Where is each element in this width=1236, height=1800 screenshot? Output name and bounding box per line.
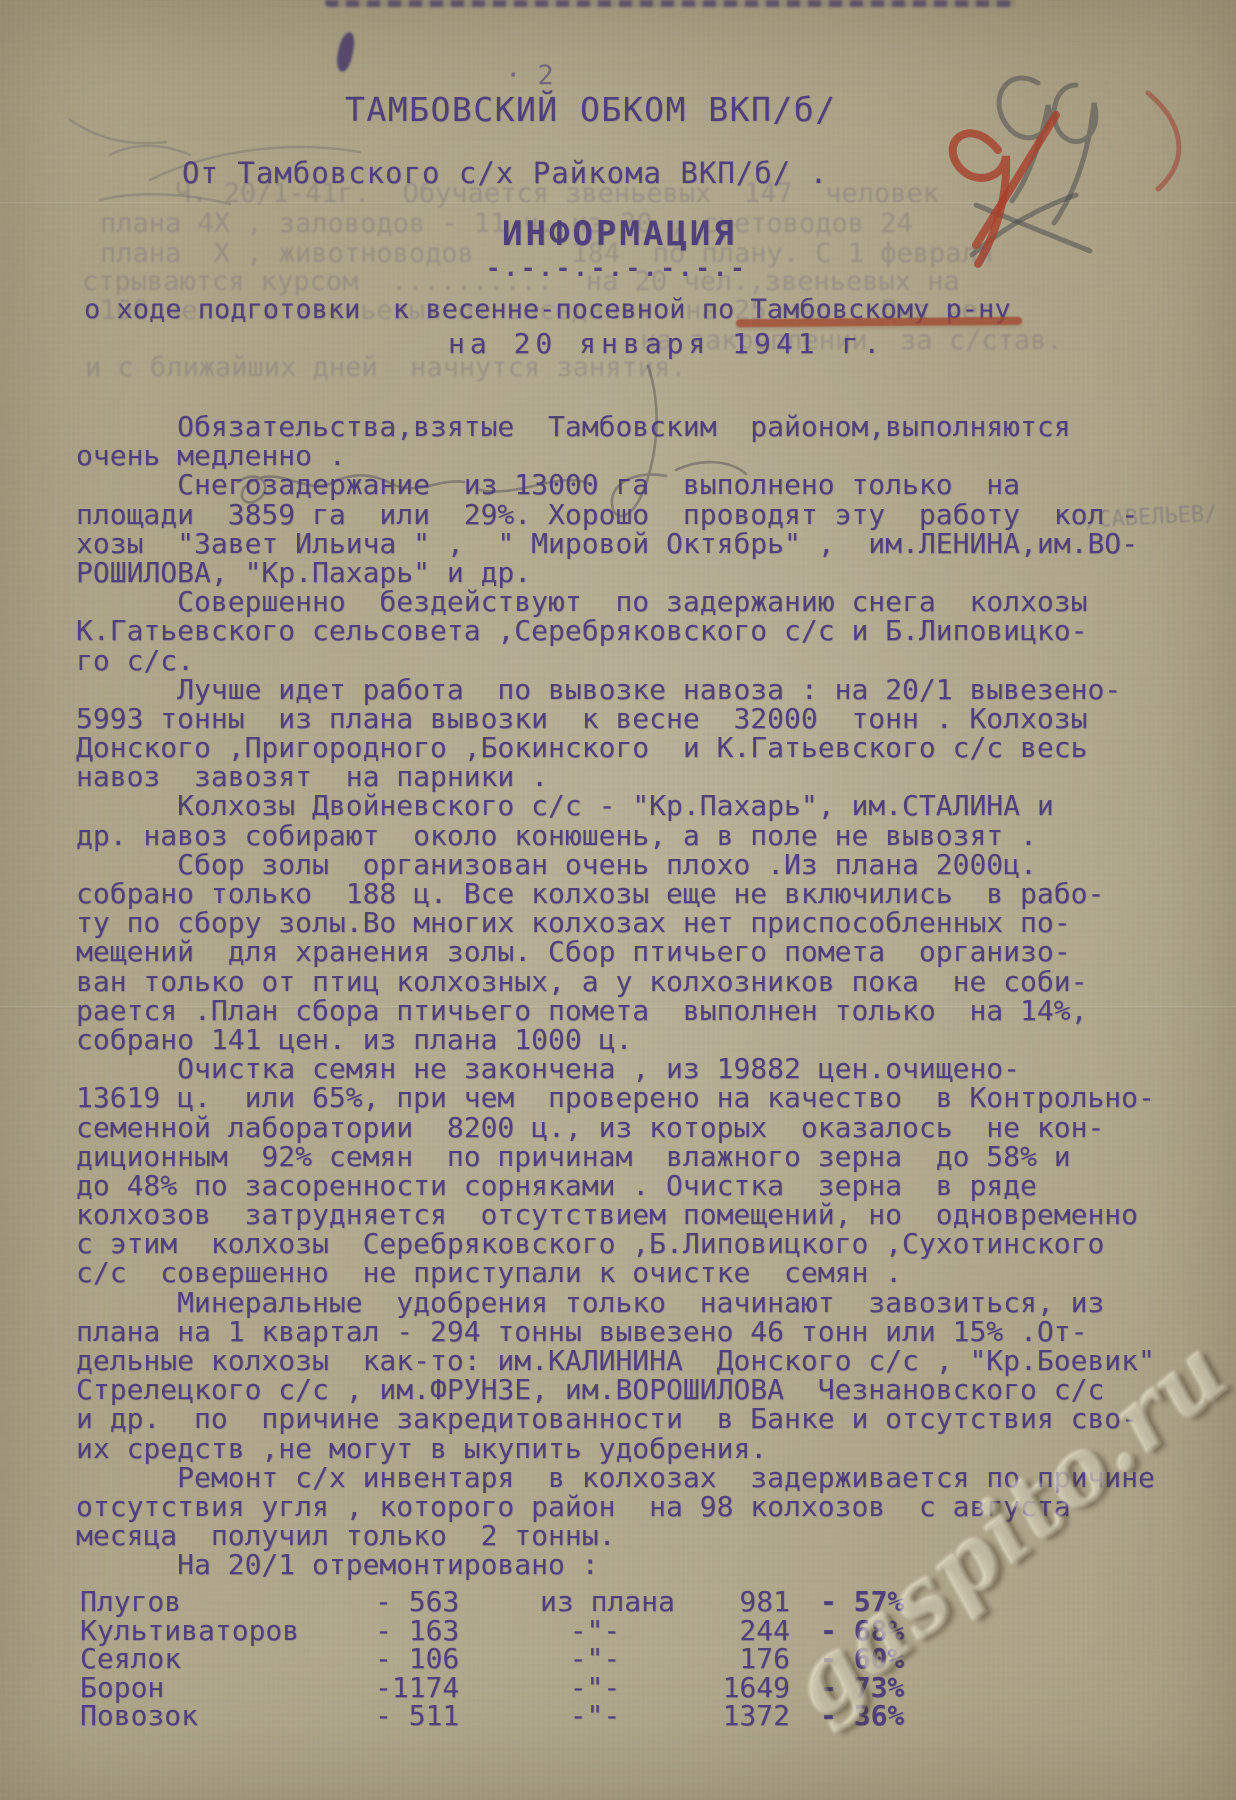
table-cell: Борон [80, 1674, 375, 1703]
typed-line: и др. по причине закредитованности в Бан… [76, 1404, 1155, 1433]
typed-line: Минеральные удобрения только начинают за… [76, 1288, 1155, 1317]
typed-line: Снегозадержание из 13000 га выполнено то… [76, 470, 1155, 499]
table-row: Культиваторов- 163-"-244- 68% [80, 1617, 904, 1646]
table-cell: 1372 [650, 1702, 790, 1731]
typed-line: до 48% по засоренности сорняками . Очист… [76, 1171, 1155, 1200]
document-body: Обязательства,взятые Тамбовским районом,… [76, 412, 1155, 1580]
table-cell: -"- [540, 1674, 650, 1703]
typed-line: собрано только 188 ц. Все колхозы еще не… [76, 879, 1155, 908]
typed-line: хозы "Завет Ильича " , " Мировой Октябрь… [76, 529, 1155, 558]
typed-line: го с/с. [76, 646, 1155, 675]
table-row: Плугов- 563из плана981- 57% [80, 1588, 904, 1617]
typed-line: Стрелецкого с/с , им.ФРУНЗЕ, им.ВОРОШИЛО… [76, 1375, 1155, 1404]
typed-line: площади 3859 га или 29%. Хорошо проводят… [76, 500, 1155, 529]
typed-line: очень медленно . [76, 441, 1155, 470]
cut-off-text-strip [325, 0, 1015, 7]
typed-line: диционным 92% семян по причинам влажного… [76, 1142, 1155, 1171]
typed-line: РОШИЛОВА, "Кр.Пахарь" и др. [76, 558, 1155, 587]
subject-prefix: о ходе подготовки к весенне-посевной по [84, 294, 750, 325]
table-cell: 981 [650, 1588, 790, 1617]
typed-line: ту по сбору золы.Во многих колхозах нет … [76, 908, 1155, 937]
table-cell: -"- [540, 1645, 650, 1674]
typed-line: дельные колхозы как-то: им.КАЛИНИНА Донс… [76, 1346, 1155, 1375]
typed-line: колхозов затрудняется отсутствием помеще… [76, 1200, 1155, 1229]
table-cell: Сеялок [80, 1645, 375, 1674]
typed-line: Очистка семян не закончена , из 19882 це… [76, 1054, 1155, 1083]
document-title: ТАМБОВСКИЙ ОБКОМ ВКП/б/ [345, 90, 836, 129]
typed-line: Колхозы Двойневского с/с - "Кр.Пахарь", … [76, 791, 1155, 820]
bleed-through-line: плана Х , животноводов 184 по плану. С 1… [100, 238, 994, 269]
table-cell: Повозок [80, 1702, 375, 1731]
typed-line: 13619 ц. или 65%, при чем проверено на к… [76, 1083, 1155, 1112]
typed-line: ван только от птиц колхозных, а у колхоз… [76, 967, 1155, 996]
table-cell: -"- [540, 1702, 650, 1731]
typed-line: рается .План сбора птичьего помета выпол… [76, 996, 1155, 1025]
typed-line: Лучше идет работа по вывозке навоза : на… [76, 675, 1155, 704]
table-cell: Плугов [80, 1588, 375, 1617]
typed-line: плана на 1 квартал - 294 тонны вывезено … [76, 1317, 1155, 1346]
typed-line: Сбор золы организован очень плохо .Из пл… [76, 850, 1155, 879]
table-cell: 244 [650, 1617, 790, 1646]
typed-line: семенной лаборатории 8200 ц., из которых… [76, 1113, 1155, 1142]
table-cell: 1649 [650, 1674, 790, 1703]
typed-line: Донского ,Пригородного ,Бокинского и К.Г… [76, 733, 1155, 762]
table-row: Борон-1174-"-1649- 73% [80, 1674, 904, 1703]
typed-line: 5993 тонны из плана вывозки к весне 3200… [76, 704, 1155, 733]
table-cell: - 106 [375, 1645, 540, 1674]
table-cell: Культиваторов [80, 1617, 375, 1646]
table-cell: - 511 [375, 1702, 540, 1731]
typed-line: собрано 141 цен. из плана 1000 ц. [76, 1025, 1155, 1054]
bleed-through-line: плана 4Х , заловодов - 11 ч. из 30 , сче… [100, 208, 913, 239]
table-row: Повозок- 511-"-1372- 36% [80, 1702, 904, 1731]
typed-line: К.Гатьевского сельсовета ,Серебряковског… [76, 616, 1155, 645]
bleed-through-line: стрываются курсом .......... на 20 чел.,… [82, 266, 960, 297]
typed-line: др. навоз собирают около конюшень, а в п… [76, 821, 1155, 850]
table-cell: - 563 [375, 1588, 540, 1617]
typed-line: с/с совершенно не приступали к очистке с… [76, 1258, 1155, 1287]
faint-page-number: · 2 [505, 60, 554, 91]
typed-line: навоз завозят на парники . [76, 762, 1155, 791]
table-cell: из плана [540, 1588, 650, 1617]
typed-line: Обязательства,взятые Тамбовским районом,… [76, 412, 1155, 441]
table-cell: -"- [540, 1617, 650, 1646]
typed-line: Совершенно бездействуют по задержанию сн… [76, 587, 1155, 616]
scanned-document-page: · 2 ТАМБОВСКИЙ ОБКОМ ВКП/б/ От Тамбовско… [0, 0, 1236, 1800]
bleed-through-line: Ч. 20/1-41г. Обучается звеньевых 147 чел… [175, 178, 939, 209]
table-cell: - 163 [375, 1617, 540, 1646]
typed-line: с этим колхозы Серебряковского ,Б.Липови… [76, 1229, 1155, 1258]
typed-line: их средств ,не могут в ыкупить удобрения… [76, 1434, 1155, 1463]
table-cell: 176 [650, 1645, 790, 1674]
typed-line: мещений для хранения золы. Сбор птичьего… [76, 937, 1155, 966]
table-cell: -1174 [375, 1674, 540, 1703]
